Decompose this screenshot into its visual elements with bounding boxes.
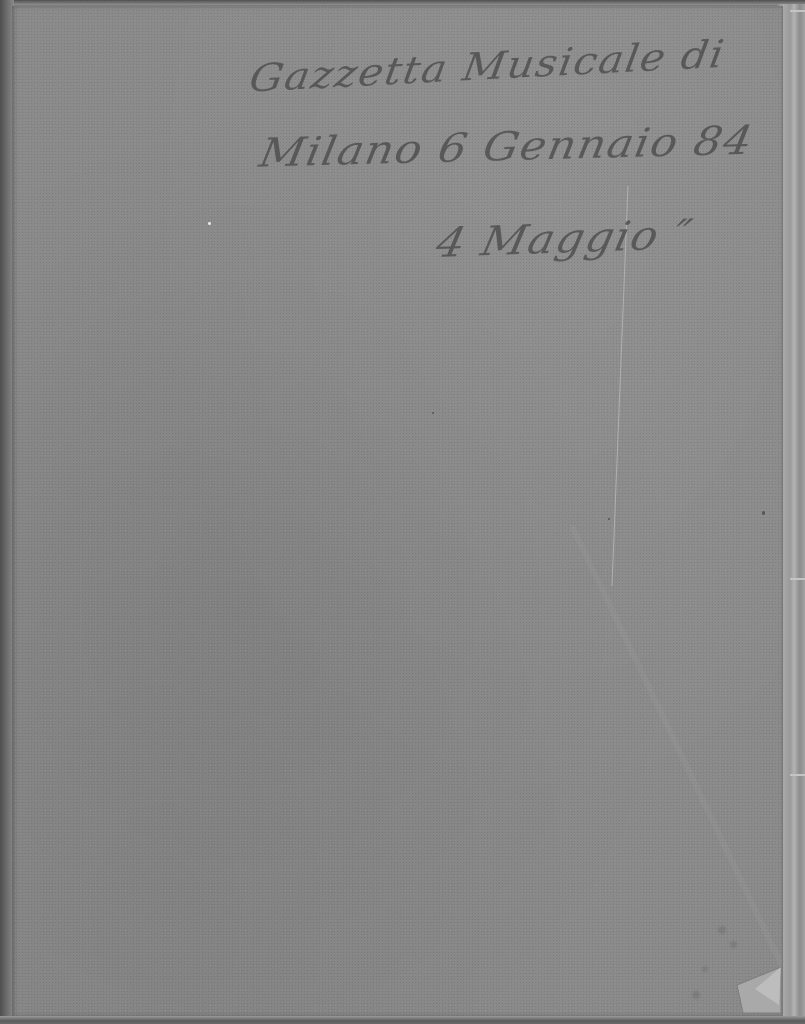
paper-stain [692, 991, 700, 999]
paper-stain [718, 926, 726, 934]
bottom-scan-edge [0, 1016, 805, 1024]
paper-stain [730, 941, 737, 948]
paper-stain [702, 966, 708, 972]
paper-speck [432, 412, 434, 414]
paper-speck [208, 222, 211, 225]
top-scan-edge [0, 0, 805, 5]
handwritten-note-line-2: Milano 6 Gennaio 84 [256, 118, 758, 177]
paper-speck [762, 511, 765, 515]
paper-sheet: Gazzetta Musicale di Milano 6 Gennaio 84… [12, 6, 783, 1016]
handwritten-note-line-1: Gazzetta Musicale di [246, 31, 728, 100]
paper-speck [608, 518, 610, 520]
page-edge-notch [790, 578, 805, 580]
scanned-page: Gazzetta Musicale di Milano 6 Gennaio 84… [0, 0, 805, 1024]
page-edge-notch [790, 774, 805, 776]
page-edge-notch [790, 10, 805, 12]
handwritten-note-line-3: 4 Maggio ″ [432, 211, 697, 267]
folded-corner [735, 955, 785, 1017]
